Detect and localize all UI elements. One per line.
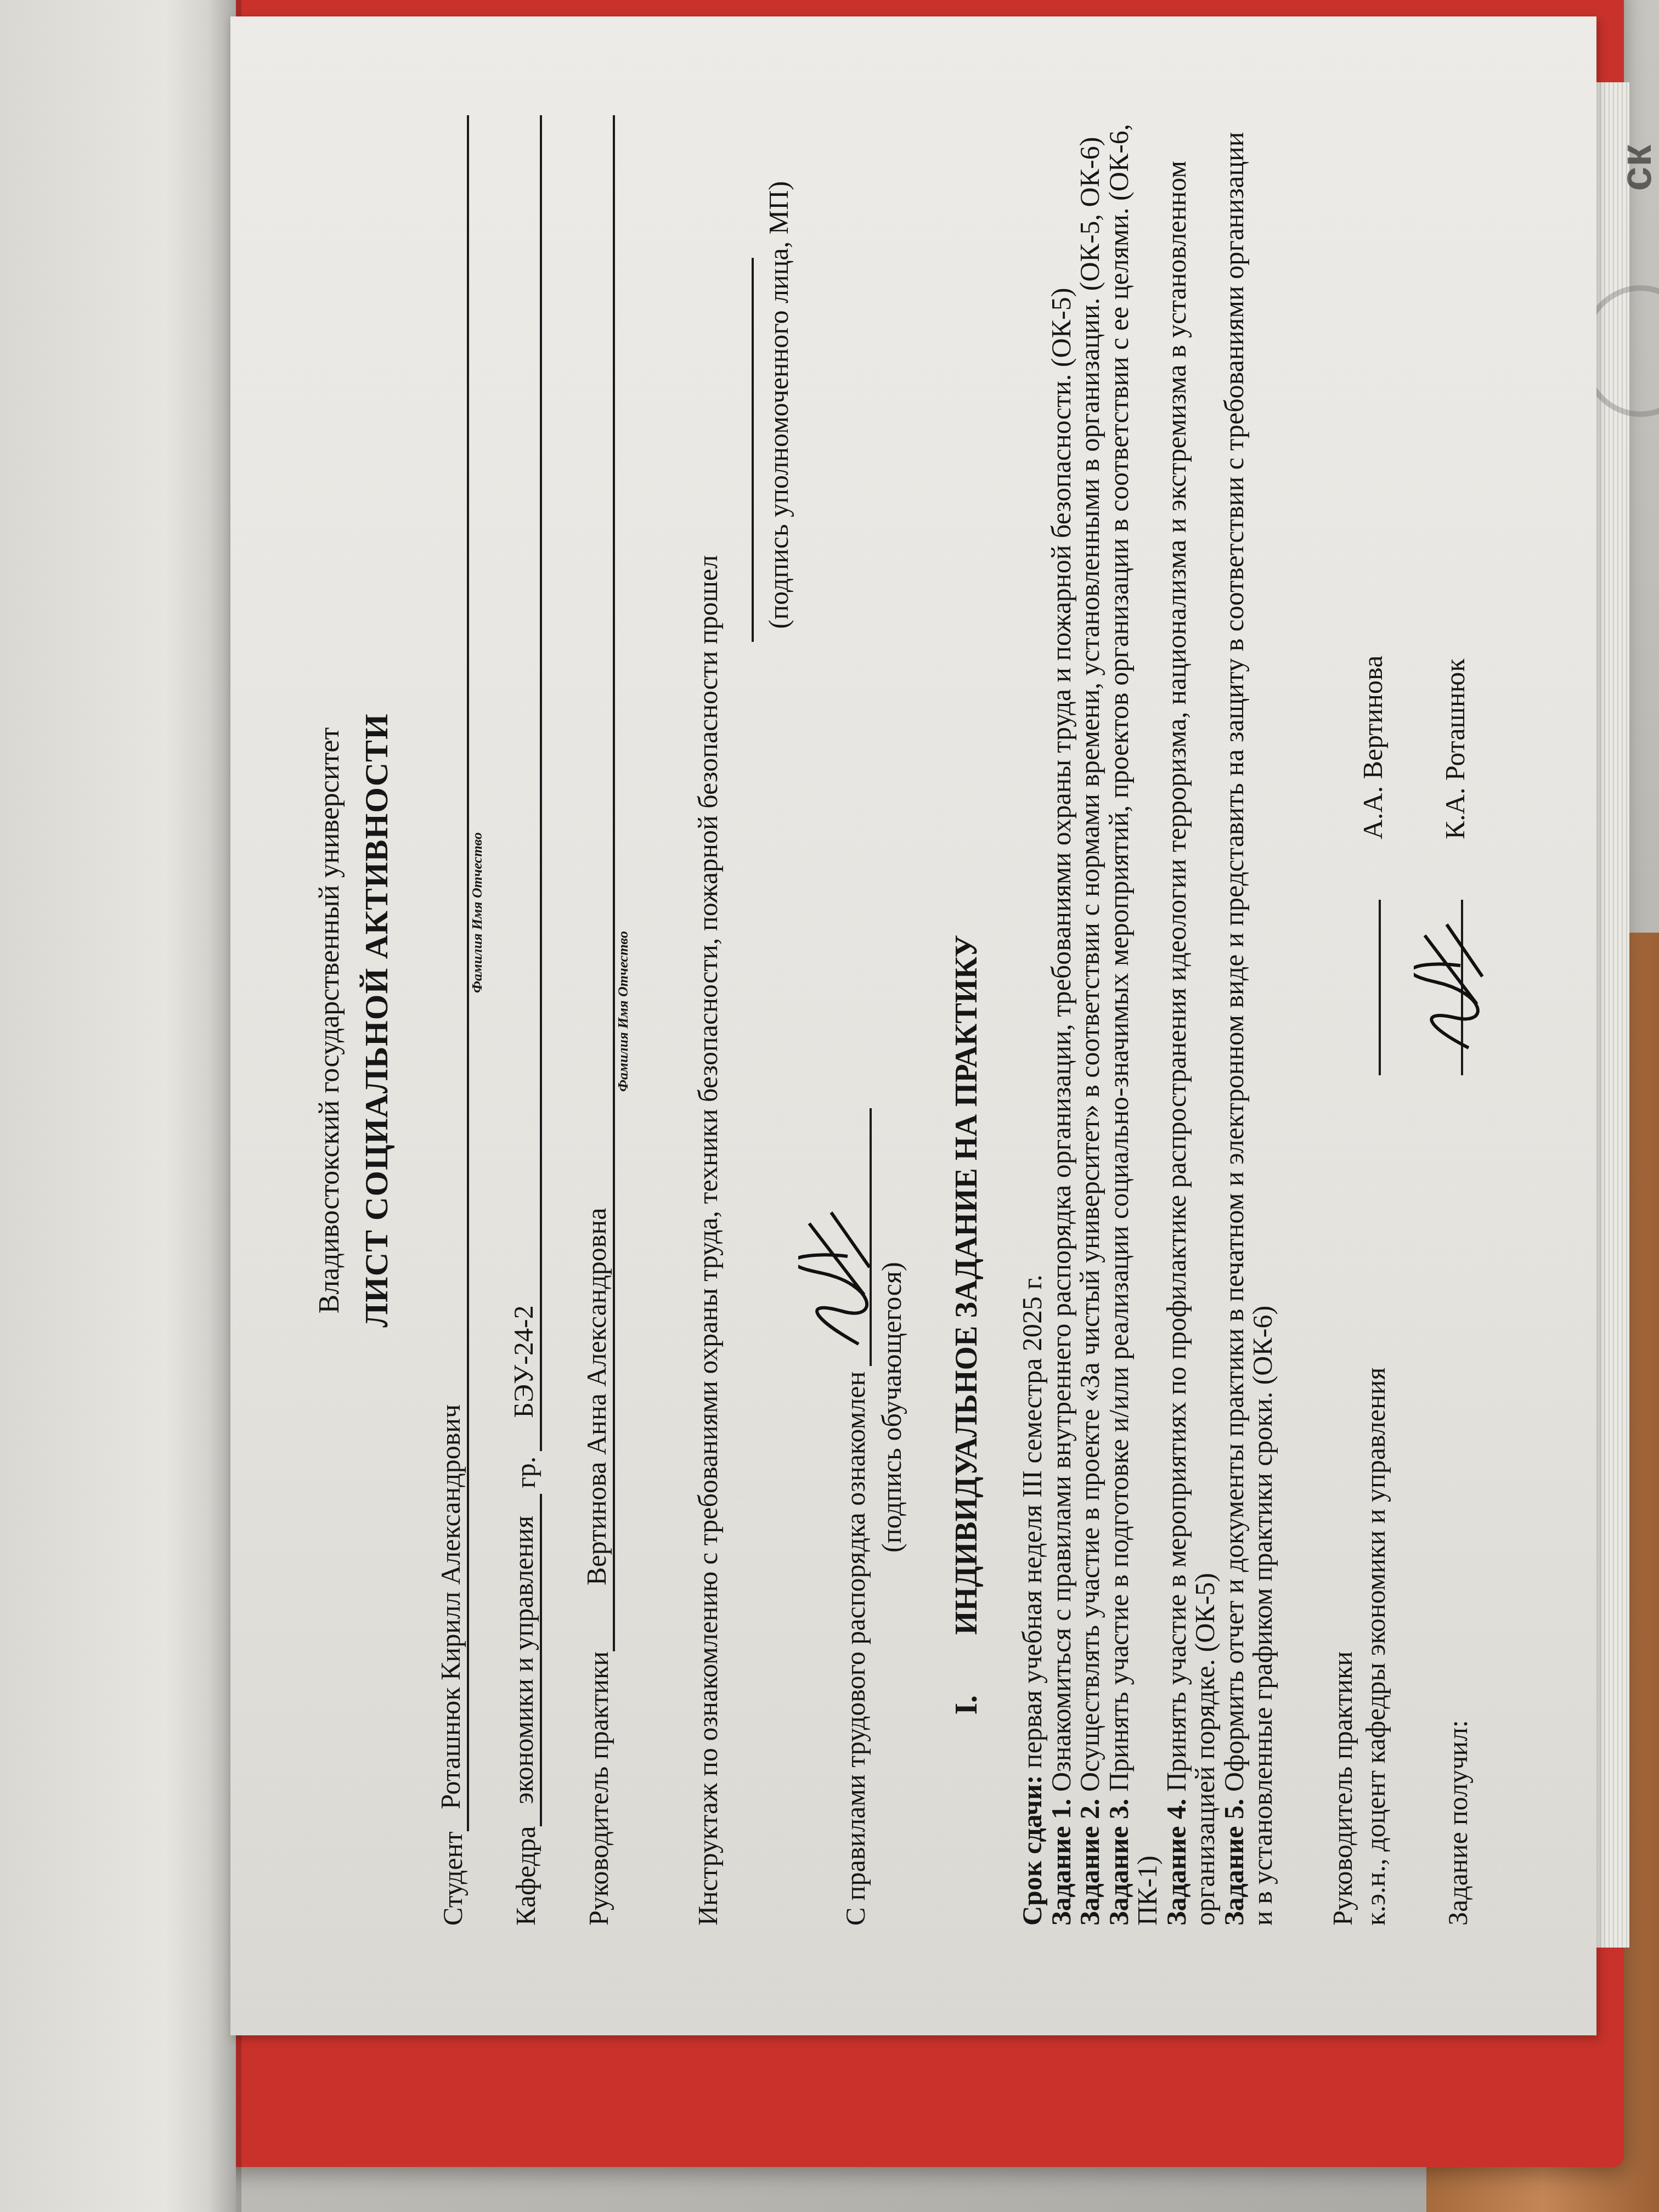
received-name: К.А. Роташнюк	[1439, 659, 1471, 839]
task-item: Задание 2. Осуществлять участие в проект…	[1075, 115, 1104, 1926]
task-label: Задание 3.	[1103, 1799, 1134, 1926]
department-label: Кафедра	[510, 1826, 542, 1926]
department-field: экономики и управления	[507, 1494, 542, 1826]
task-label: Задание 2.	[1074, 1799, 1105, 1926]
task-text: Ознакомиться с правилами внутреннего рас…	[1046, 288, 1076, 1799]
document-title: ЛИСТ СОЦИАЛЬНОЙ АКТИВНОСТИ	[357, 115, 396, 1926]
supervisor-position: к.э.н., доцент кафедры экономики и управ…	[1359, 1368, 1392, 1926]
task-item: Задание 3. Принять участие в подготовке …	[1104, 115, 1162, 1926]
supervisor-label: Руководитель практики	[583, 1651, 615, 1926]
document-sheet: Владивостокский государственный универси…	[230, 16, 1596, 2035]
section-heading: I. ИНДИВИДУАЛЬНОЕ ЗАДАНИЕ НА ПРАКТИКУ	[949, 115, 985, 1926]
left-page	[0, 0, 236, 2212]
group-label: гр.	[510, 1451, 542, 1494]
task-text: Принять участие в подготовке и/или реали…	[1103, 124, 1163, 1926]
deadline-value: первая учебная неделя III семестра 2025 …	[1017, 1274, 1047, 1775]
section-title: ИНДИВИДУАЛЬНОЕ ЗАДАНИЕ НА ПРАКТИКУ	[949, 935, 985, 1635]
section-number: I.	[949, 1635, 985, 1926]
task-item: Задание 1. Ознакомиться с правилами внут…	[1047, 115, 1076, 1926]
rules-signature-line	[842, 1108, 872, 1366]
signature-scribble-icon	[1414, 922, 1491, 1053]
supervisor-row: Руководитель практики Вертинова Анна Але…	[580, 115, 615, 1926]
student-fio-hint: Фамилия Имя Отчество	[469, 832, 486, 993]
task-item: Задание 5. Оформить отчет и документы пр…	[1220, 115, 1277, 1926]
supervisor-name: А.А. Вертинова	[1357, 656, 1389, 839]
group-field: БЭУ-24-2	[507, 115, 542, 1451]
university-name: Владивостокский государственный универси…	[313, 115, 346, 1926]
deadline: Срок сдачи: первая учебная неделя III се…	[1018, 115, 1047, 1926]
supervisor-fio-hint: Фамилия Имя Отчество	[615, 931, 632, 1092]
briefing-signature: (подпись уполномоченного лица, МП)	[724, 115, 817, 1926]
briefing-signature-line	[752, 258, 754, 642]
task-label: Задание 1.	[1046, 1799, 1076, 1926]
briefing-text: Инструктаж по ознакомлению с требованиям…	[692, 115, 724, 1926]
task-item: Задание 4. Принять участие в мероприятия…	[1162, 115, 1220, 1926]
received-label: Задание получил:	[1442, 1720, 1474, 1926]
task-text: Оформить отчет и документы практики в пе…	[1218, 132, 1278, 1926]
task-label: Задание 5.	[1218, 1799, 1249, 1926]
department-row: Кафедра экономики и управления гр. БЭУ-2…	[507, 115, 542, 1926]
deadline-label: Срок сдачи:	[1017, 1775, 1047, 1926]
rules-text: С правилами трудового распорядка ознаком…	[839, 1372, 872, 1926]
received-signature-line	[1461, 900, 1463, 1075]
task-label: Задание 4.	[1161, 1799, 1192, 1926]
document-content: Владивостокский государственный универси…	[230, 16, 1596, 2035]
task-text: Осуществлять участие в проекте «За чисты…	[1074, 137, 1105, 1799]
edge-logo-text: ск	[1611, 145, 1659, 191]
student-field: Роташнюк Кирилл Александрович	[435, 115, 469, 1831]
briefing-signature-caption: (подпись уполномоченного лица, МП)	[763, 181, 795, 629]
rules-signature-caption: (подпись обучающегося)	[876, 1262, 908, 1553]
student-label: Студент	[437, 1831, 469, 1926]
signature-block: Руководитель практики к.э.н., доцент каф…	[1327, 115, 1524, 1926]
supervisor-signature-line	[1379, 900, 1381, 1075]
task-list: Срок сдачи: первая учебная неделя III се…	[1018, 115, 1277, 1926]
rules-row: С правилами трудового распорядка ознаком…	[839, 115, 872, 1926]
signature-scribble-icon	[798, 1207, 881, 1350]
task-text: Принять участие в мероприятиях по профил…	[1161, 161, 1221, 1926]
student-row: Студент Роташнюк Кирилл Александрович	[435, 115, 469, 1926]
supervisor-field: Вертинова Анна Александровна	[580, 115, 615, 1651]
supervisor-title: Руководитель практики	[1327, 1651, 1359, 1926]
